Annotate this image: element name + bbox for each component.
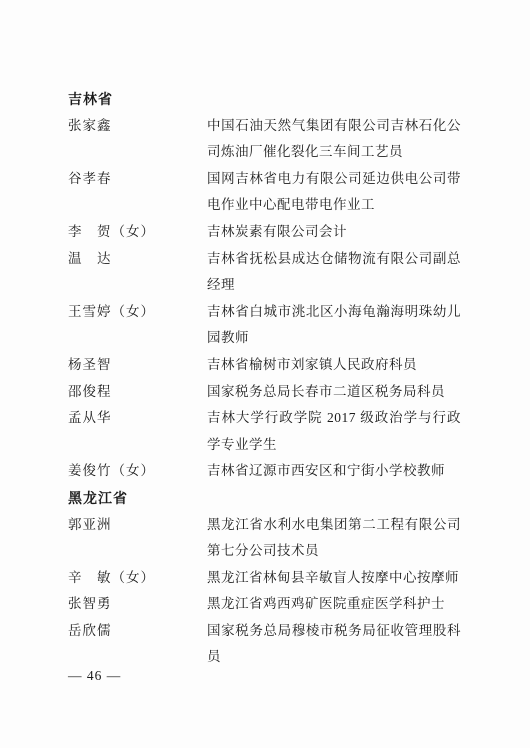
person-affiliation: 吉林炭素有限公司会计 [207, 219, 461, 246]
award-entry: 李 贺（女） 吉林炭素有限公司会计 [68, 219, 463, 246]
award-entry: 辛 敏（女） 黑龙江省林甸县辛敏盲人按摩中心按摩师 [68, 565, 463, 592]
award-entry: 王雪婷（女） 吉林省白城市洮北区小海龟瀚海明珠幼儿园教师 [68, 299, 463, 352]
person-name: 杨圣智 [68, 352, 207, 379]
person-affiliation: 吉林省榆树市刘家镇人民政府科员 [207, 352, 461, 379]
province-section: 吉林省 张家鑫 中国石油天然气集团有限公司吉林石化公司炼油厂催化裂化三车间工艺员… [68, 86, 463, 485]
province-section: 黑龙江省 郭亚洲 黑龙江省水利水电集团第二工程有限公司第七分公司技术员 辛 敏（… [68, 485, 463, 671]
person-affiliation: 国网吉林省电力有限公司延边供电公司带电作业中心配电带电作业工 [207, 166, 461, 219]
person-name: 孟从华 [68, 405, 207, 432]
document-page: 吉林省 张家鑫 中国石油天然气集团有限公司吉林石化公司炼油厂催化裂化三车间工艺员… [0, 0, 530, 748]
province-header: 黑龙江省 [68, 485, 463, 512]
province-header: 吉林省 [68, 86, 463, 113]
person-name: 张家鑫 [68, 113, 207, 140]
award-entry: 岳欣儒 国家税务总局穆棱市税务局征收管理股科员 [68, 618, 463, 671]
person-name: 邵俊程 [68, 379, 207, 406]
person-affiliation: 吉林省辽源市西安区和宁街小学校教师 [207, 458, 461, 485]
page-number: — 46 — [68, 668, 121, 683]
person-name: 岳欣儒 [68, 618, 207, 645]
award-entry: 张智勇 黑龙江省鸡西鸡矿医院重症医学科护士 [68, 591, 463, 618]
province-entries: 郭亚洲 黑龙江省水利水电集团第二工程有限公司第七分公司技术员 辛 敏（女） 黑龙… [68, 512, 463, 672]
person-affiliation: 国家税务总局长春市二道区税务局科员 [207, 379, 461, 406]
award-entry: 温 达 吉林省抚松县成达仓储物流有限公司副总经理 [68, 246, 463, 299]
award-entry: 孟从华 吉林大学行政学院 2017 级政治学与行政学专业学生 [68, 405, 463, 458]
person-name: 张智勇 [68, 591, 207, 618]
page-footer: — 46 — [68, 666, 121, 686]
award-entry: 郭亚洲 黑龙江省水利水电集团第二工程有限公司第七分公司技术员 [68, 512, 463, 565]
person-name: 王雪婷（女） [68, 299, 207, 326]
award-entry: 谷孝春 国网吉林省电力有限公司延边供电公司带电作业中心配电带电作业工 [68, 166, 463, 219]
award-entry: 邵俊程 国家税务总局长春市二道区税务局科员 [68, 379, 463, 406]
person-affiliation: 国家税务总局穆棱市税务局征收管理股科员 [207, 618, 461, 671]
province-entries: 张家鑫 中国石油天然气集团有限公司吉林石化公司炼油厂催化裂化三车间工艺员 谷孝春… [68, 113, 463, 485]
person-affiliation: 中国石油天然气集团有限公司吉林石化公司炼油厂催化裂化三车间工艺员 [207, 113, 461, 166]
person-affiliation: 吉林省抚松县成达仓储物流有限公司副总经理 [207, 246, 461, 299]
person-affiliation: 黑龙江省水利水电集团第二工程有限公司第七分公司技术员 [207, 512, 461, 565]
person-name: 姜俊竹（女） [68, 458, 207, 485]
person-name: 辛 敏（女） [68, 565, 207, 592]
person-name: 温 达 [68, 246, 207, 273]
award-entry: 张家鑫 中国石油天然气集团有限公司吉林石化公司炼油厂催化裂化三车间工艺员 [68, 113, 463, 166]
award-entry: 姜俊竹（女） 吉林省辽源市西安区和宁街小学校教师 [68, 458, 463, 485]
award-entry: 杨圣智 吉林省榆树市刘家镇人民政府科员 [68, 352, 463, 379]
person-affiliation: 吉林省白城市洮北区小海龟瀚海明珠幼儿园教师 [207, 299, 461, 352]
person-affiliation: 黑龙江省林甸县辛敏盲人按摩中心按摩师 [207, 565, 461, 592]
person-name: 李 贺（女） [68, 219, 207, 246]
person-affiliation: 黑龙江省鸡西鸡矿医院重症医学科护士 [207, 591, 461, 618]
person-name: 郭亚洲 [68, 512, 207, 539]
award-list: 吉林省 张家鑫 中国石油天然气集团有限公司吉林石化公司炼油厂催化裂化三车间工艺员… [68, 86, 463, 671]
person-affiliation: 吉林大学行政学院 2017 级政治学与行政学专业学生 [207, 405, 461, 458]
person-name: 谷孝春 [68, 166, 207, 193]
